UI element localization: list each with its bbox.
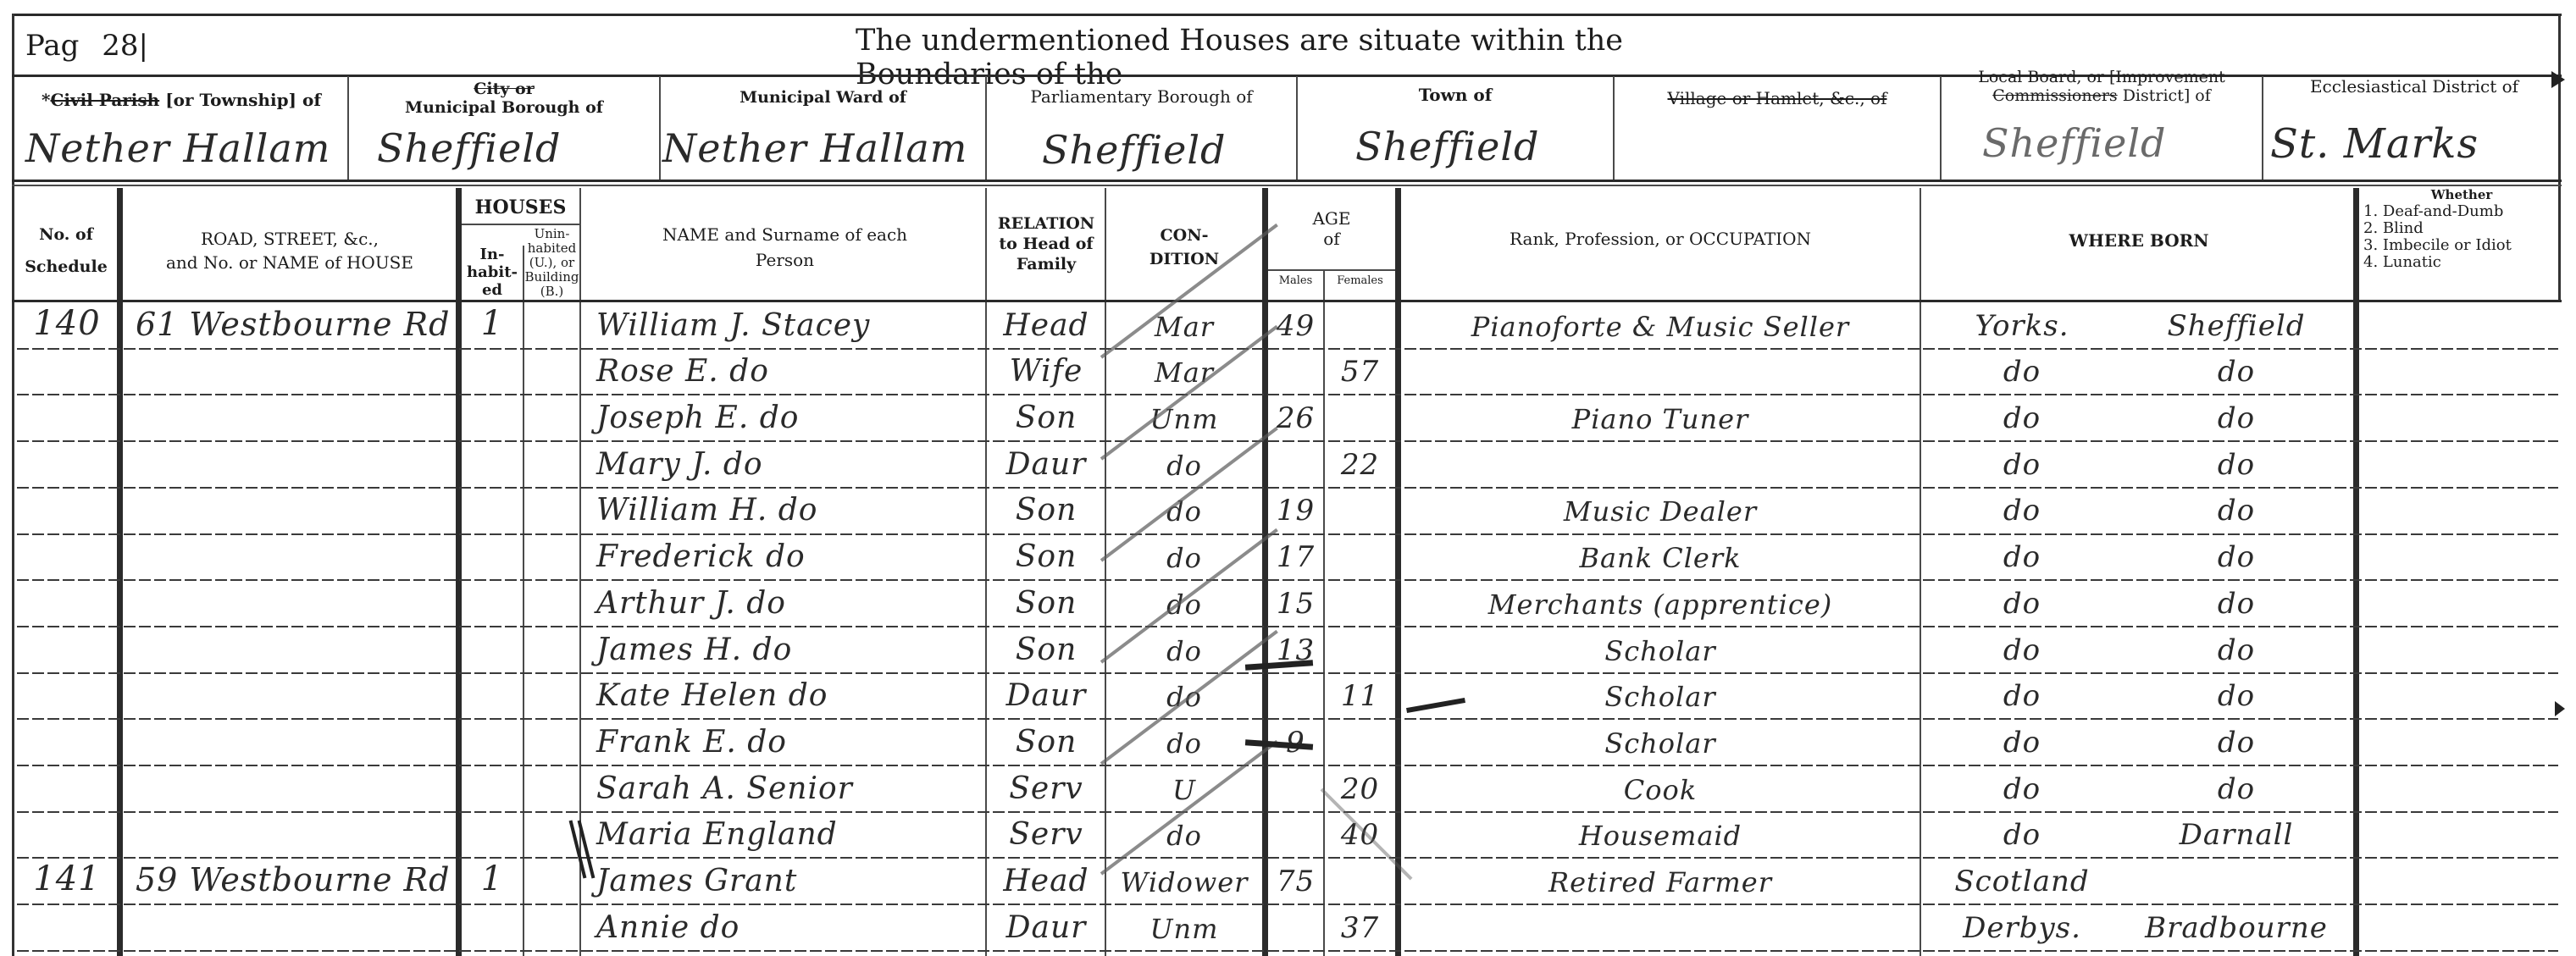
cell-relation: Head: [988, 303, 1105, 350]
cell-uninhabited: [524, 442, 579, 489]
cell-name: Frederick do: [584, 535, 985, 582]
cell-relation: Son: [988, 627, 1105, 674]
cell-female-age: [1325, 535, 1395, 582]
cell-inhabited: [462, 395, 523, 442]
cell-born-place: do: [2119, 395, 2353, 442]
cell-occupation: Pianoforte & Music Seller: [1401, 303, 1920, 350]
cell-born-county: do: [1925, 720, 2119, 766]
cell-born-county: Yorks.: [1925, 303, 2119, 350]
cell-condition: Unm: [1106, 905, 1262, 952]
cell-schedule: [17, 350, 117, 396]
cell-name: Joseph E. do: [584, 395, 985, 442]
header-condition: CON- DITION: [1106, 224, 1262, 271]
cell-male-age: [1268, 813, 1323, 859]
cell-road: [124, 442, 456, 489]
civil-parish-label: *Civil Parish [or Township] of: [15, 90, 347, 110]
houses-subrule: [462, 224, 579, 225]
cell-female-age: [1325, 489, 1395, 535]
page-number-value: 28: [102, 29, 138, 63]
cell-relation: Daur: [988, 442, 1105, 489]
cell-road: [124, 813, 456, 859]
cell-male-age: 26: [1268, 395, 1323, 442]
page-label: Pag: [25, 29, 79, 63]
cell-condition: do: [1106, 627, 1262, 674]
cell-name: James H. do: [584, 627, 985, 674]
cell-born-county: do: [1925, 627, 2119, 674]
header-uninhabited: Unin- habited (U.), or Building (B.): [524, 227, 579, 299]
cell-female-age: [1325, 720, 1395, 766]
header-bottom-rule: [12, 300, 2562, 302]
cell-name: Kate Helen do: [584, 674, 985, 721]
cell-female-age: 22: [1325, 442, 1395, 489]
cell-female-age: [1325, 859, 1395, 905]
cell-female-age: 57: [1325, 350, 1395, 396]
page-number: Pag 28|: [25, 29, 148, 63]
cell-male-age: 15: [1268, 581, 1323, 627]
cell-inhabited: 1: [462, 859, 523, 905]
cell-born-county: Scotland: [1925, 859, 2119, 905]
cell-road: [124, 489, 456, 535]
cell-uninhabited: [524, 720, 579, 766]
cell-occupation: Retired Farmer: [1401, 859, 1920, 905]
left-border: [12, 14, 14, 956]
header-road: ROAD, STREET, &c., and No. or NAME of HO…: [124, 227, 456, 274]
top-rule: [12, 14, 2562, 16]
cell-schedule: [17, 674, 117, 721]
cell-occupation: Scholar: [1401, 627, 1920, 674]
cell-occupation: Merchants (apprentice): [1401, 581, 1920, 627]
cell-born-county: Derbys.: [1925, 905, 2119, 952]
local-board-label: Local Board, or [Improvement Commissione…: [1942, 68, 2262, 105]
cell-schedule: [17, 813, 117, 859]
cell-condition: Mar: [1106, 303, 1262, 350]
col-rule-road: [456, 188, 462, 956]
cell-born-county: do: [1925, 350, 2119, 396]
col-rule-schedule: [117, 188, 123, 956]
cell-occupation: Scholar: [1401, 720, 1920, 766]
cell-condition: U: [1106, 766, 1262, 813]
cell-relation: Daur: [988, 674, 1105, 721]
cell-born-county: do: [1925, 581, 2119, 627]
cell-occupation: Scholar: [1401, 674, 1920, 721]
cell-relation: Son: [988, 720, 1105, 766]
cell-born-place: do: [2119, 442, 2353, 489]
cell-born-county: do: [1925, 442, 2119, 489]
cell-relation: Wife: [988, 350, 1105, 396]
ecclesiastical-district-value: St. Marks: [2270, 120, 2479, 168]
village-hamlet-label: Village or Hamlet, &c., of: [1615, 88, 1940, 108]
header-whether: Whether 1. Deaf-and-Dumb 2. Blind 3. Imb…: [2363, 186, 2560, 271]
cell-occupation: [1401, 905, 1920, 952]
cell-female-age: 11: [1325, 674, 1395, 721]
cell-inhabited: [462, 627, 523, 674]
cell-relation: Son: [988, 581, 1105, 627]
cell-road: [124, 674, 456, 721]
cell-relation: Son: [988, 489, 1105, 535]
pointer-arrow-icon: [2551, 71, 2565, 88]
col-rule-age: [1395, 188, 1401, 956]
cell-name: Arthur J. do: [584, 581, 985, 627]
row-rule: [17, 950, 2558, 952]
cell-born-county: do: [1925, 813, 2119, 859]
cell-born-county: do: [1925, 535, 2119, 582]
cell-road: [124, 905, 456, 952]
cell-name: William J. Stacey: [584, 303, 985, 350]
cell-inhabited: [462, 489, 523, 535]
municipal-ward-value: Nether Hallam: [662, 125, 967, 171]
cell-schedule: [17, 581, 117, 627]
cell-inhabited: [462, 720, 523, 766]
cell-name: James Grant: [584, 859, 985, 905]
cell-uninhabited: [524, 905, 579, 952]
cell-relation: Serv: [988, 766, 1105, 813]
civil-parish-value: Nether Hallam: [25, 125, 330, 171]
cell-condition: do: [1106, 581, 1262, 627]
cell-inhabited: [462, 813, 523, 859]
cell-inhabited: [462, 674, 523, 721]
cell-born-place: do: [2119, 489, 2353, 535]
col-rule-houses: [579, 188, 581, 956]
cell-road: [124, 720, 456, 766]
cell-name: Frank E. do: [584, 720, 985, 766]
cell-inhabited: [462, 535, 523, 582]
parliamentary-borough-label: Parliamentary Borough of: [987, 86, 1296, 107]
cell-uninhabited: [524, 674, 579, 721]
town-label: Town of: [1298, 85, 1613, 105]
header-schedule: No. of Schedule: [15, 218, 117, 283]
boundaries-bottom-rule: [12, 180, 2562, 182]
cell-inhabited: [462, 766, 523, 813]
cell-schedule: [17, 905, 117, 952]
col-rule-name: [985, 188, 987, 956]
municipal-ward-label: Municipal Ward of: [661, 88, 985, 107]
cell-schedule: [17, 627, 117, 674]
cell-schedule: [17, 395, 117, 442]
cell-name: Mary J. do: [584, 442, 985, 489]
cell-condition: do: [1106, 442, 1262, 489]
cell-name: Maria England: [584, 813, 985, 859]
cell-road: [124, 395, 456, 442]
cell-road: [124, 766, 456, 813]
cell-occupation: Cook: [1401, 766, 1920, 813]
cell-born-place: Darnall: [2119, 813, 2353, 859]
cell-schedule: [17, 766, 117, 813]
header-age: AGE of: [1268, 208, 1395, 249]
cell-female-age: [1325, 627, 1395, 674]
cell-born-place: do: [2119, 581, 2353, 627]
ecclesiastical-district-label: Ecclesiastical District of: [2270, 76, 2558, 97]
cell-condition: Widower: [1106, 859, 1262, 905]
cell-male-age: 17: [1268, 535, 1323, 582]
cell-road: [124, 350, 456, 396]
header-occupation: Rank, Profession, or OCCUPATION: [1401, 229, 1920, 249]
cell-road: [124, 581, 456, 627]
cell-male-age: [1268, 905, 1323, 952]
municipal-borough-label: City or Municipal Borough of: [349, 80, 659, 117]
cell-schedule: [17, 489, 117, 535]
cell-relation: Head: [988, 859, 1105, 905]
cell-occupation: [1401, 350, 1920, 396]
cell-road: [124, 535, 456, 582]
cell-condition: do: [1106, 674, 1262, 721]
cell-born-place: do: [2119, 535, 2353, 582]
header-name: NAME and Surname of each Person: [584, 222, 985, 273]
cell-relation: Serv: [988, 813, 1105, 859]
cell-uninhabited: [524, 581, 579, 627]
cell-born-county: do: [1925, 674, 2119, 721]
cell-male-age: [1268, 350, 1323, 396]
cell-occupation: Music Dealer: [1401, 489, 1920, 535]
cell-inhabited: [462, 905, 523, 952]
header-females: Females: [1325, 274, 1395, 287]
cell-road: 59 Westbourne Rd: [124, 859, 456, 905]
cell-occupation: Bank Clerk: [1401, 535, 1920, 582]
town-value: Sheffield: [1355, 124, 1540, 169]
cell-uninhabited: [524, 350, 579, 396]
cell-relation: Daur: [988, 905, 1105, 952]
age-subrule: [1268, 269, 1395, 271]
cell-male-age: 75: [1268, 859, 1323, 905]
cell-road: 61 Westbourne Rd: [124, 303, 456, 350]
cell-occupation: Piano Tuner: [1401, 395, 1920, 442]
cell-born-place: do: [2119, 350, 2353, 396]
cell-uninhabited: [524, 627, 579, 674]
parliamentary-borough-value: Sheffield: [1042, 127, 1227, 173]
local-board-value: Sheffield: [1982, 120, 2167, 166]
cell-schedule: [17, 535, 117, 582]
cell-inhabited: [462, 442, 523, 489]
cell-schedule: 141: [17, 859, 117, 905]
cell-uninhabited: [524, 859, 579, 905]
cell-born-place: Sheffield: [2119, 303, 2353, 350]
cell-name: Annie do: [584, 905, 985, 952]
cell-inhabited: 1: [462, 303, 523, 350]
col-rule-condition: [1262, 188, 1268, 956]
header-houses: HOUSES: [462, 196, 579, 218]
header-relation: RELATION to Head of Family: [988, 213, 1105, 274]
cell-born-place: Bradbourne: [2119, 905, 2353, 952]
cell-name: William H. do: [584, 489, 985, 535]
cell-uninhabited: [524, 303, 579, 350]
cell-male-age: 19: [1268, 489, 1323, 535]
cell-born-place: do: [2119, 766, 2353, 813]
boundary-divider: [2262, 76, 2263, 180]
cell-schedule: [17, 720, 117, 766]
cell-inhabited: [462, 350, 523, 396]
page-title: The undermentioned Houses are situate wi…: [856, 24, 1787, 91]
boundaries-bottom-rule-2: [12, 185, 2562, 186]
cell-born-place: do: [2119, 674, 2353, 721]
cell-uninhabited: [524, 395, 579, 442]
cell-name: Sarah A. Senior: [584, 766, 985, 813]
cell-male-age: [1268, 766, 1323, 813]
municipal-borough-value: Sheffield: [377, 125, 562, 171]
cell-female-age: 37: [1325, 905, 1395, 952]
cell-occupation: [1401, 442, 1920, 489]
cell-road: [124, 627, 456, 674]
cell-schedule: [17, 442, 117, 489]
col-rule-where-born: [2353, 188, 2359, 956]
cell-inhabited: [462, 581, 523, 627]
cell-born-county: do: [1925, 395, 2119, 442]
cell-born-place: do: [2119, 720, 2353, 766]
header-inhabited: In- habit- ed: [462, 246, 523, 299]
cell-name: Rose E. do: [584, 350, 985, 396]
cell-occupation: Housemaid: [1401, 813, 1920, 859]
cell-female-age: [1325, 303, 1395, 350]
cell-relation: Son: [988, 535, 1105, 582]
cell-female-age: [1325, 395, 1395, 442]
header-where-born: WHERE BORN: [1925, 230, 2353, 251]
cell-born-county: do: [1925, 489, 2119, 535]
header-males: Males: [1268, 274, 1323, 287]
cell-born-county: do: [1925, 766, 2119, 813]
cell-schedule: 140: [17, 303, 117, 350]
cell-born-place: [2119, 859, 2353, 905]
cell-uninhabited: [524, 535, 579, 582]
col-rule-occupation: [1920, 188, 1921, 956]
cell-male-age: [1268, 442, 1323, 489]
cell-uninhabited: [524, 766, 579, 813]
cell-female-age: [1325, 581, 1395, 627]
cell-male-age: [1268, 674, 1323, 721]
cell-relation: Son: [988, 395, 1105, 442]
cell-uninhabited: [524, 489, 579, 535]
cell-born-place: do: [2119, 627, 2353, 674]
pointer-arrow-icon: [2555, 701, 2565, 716]
